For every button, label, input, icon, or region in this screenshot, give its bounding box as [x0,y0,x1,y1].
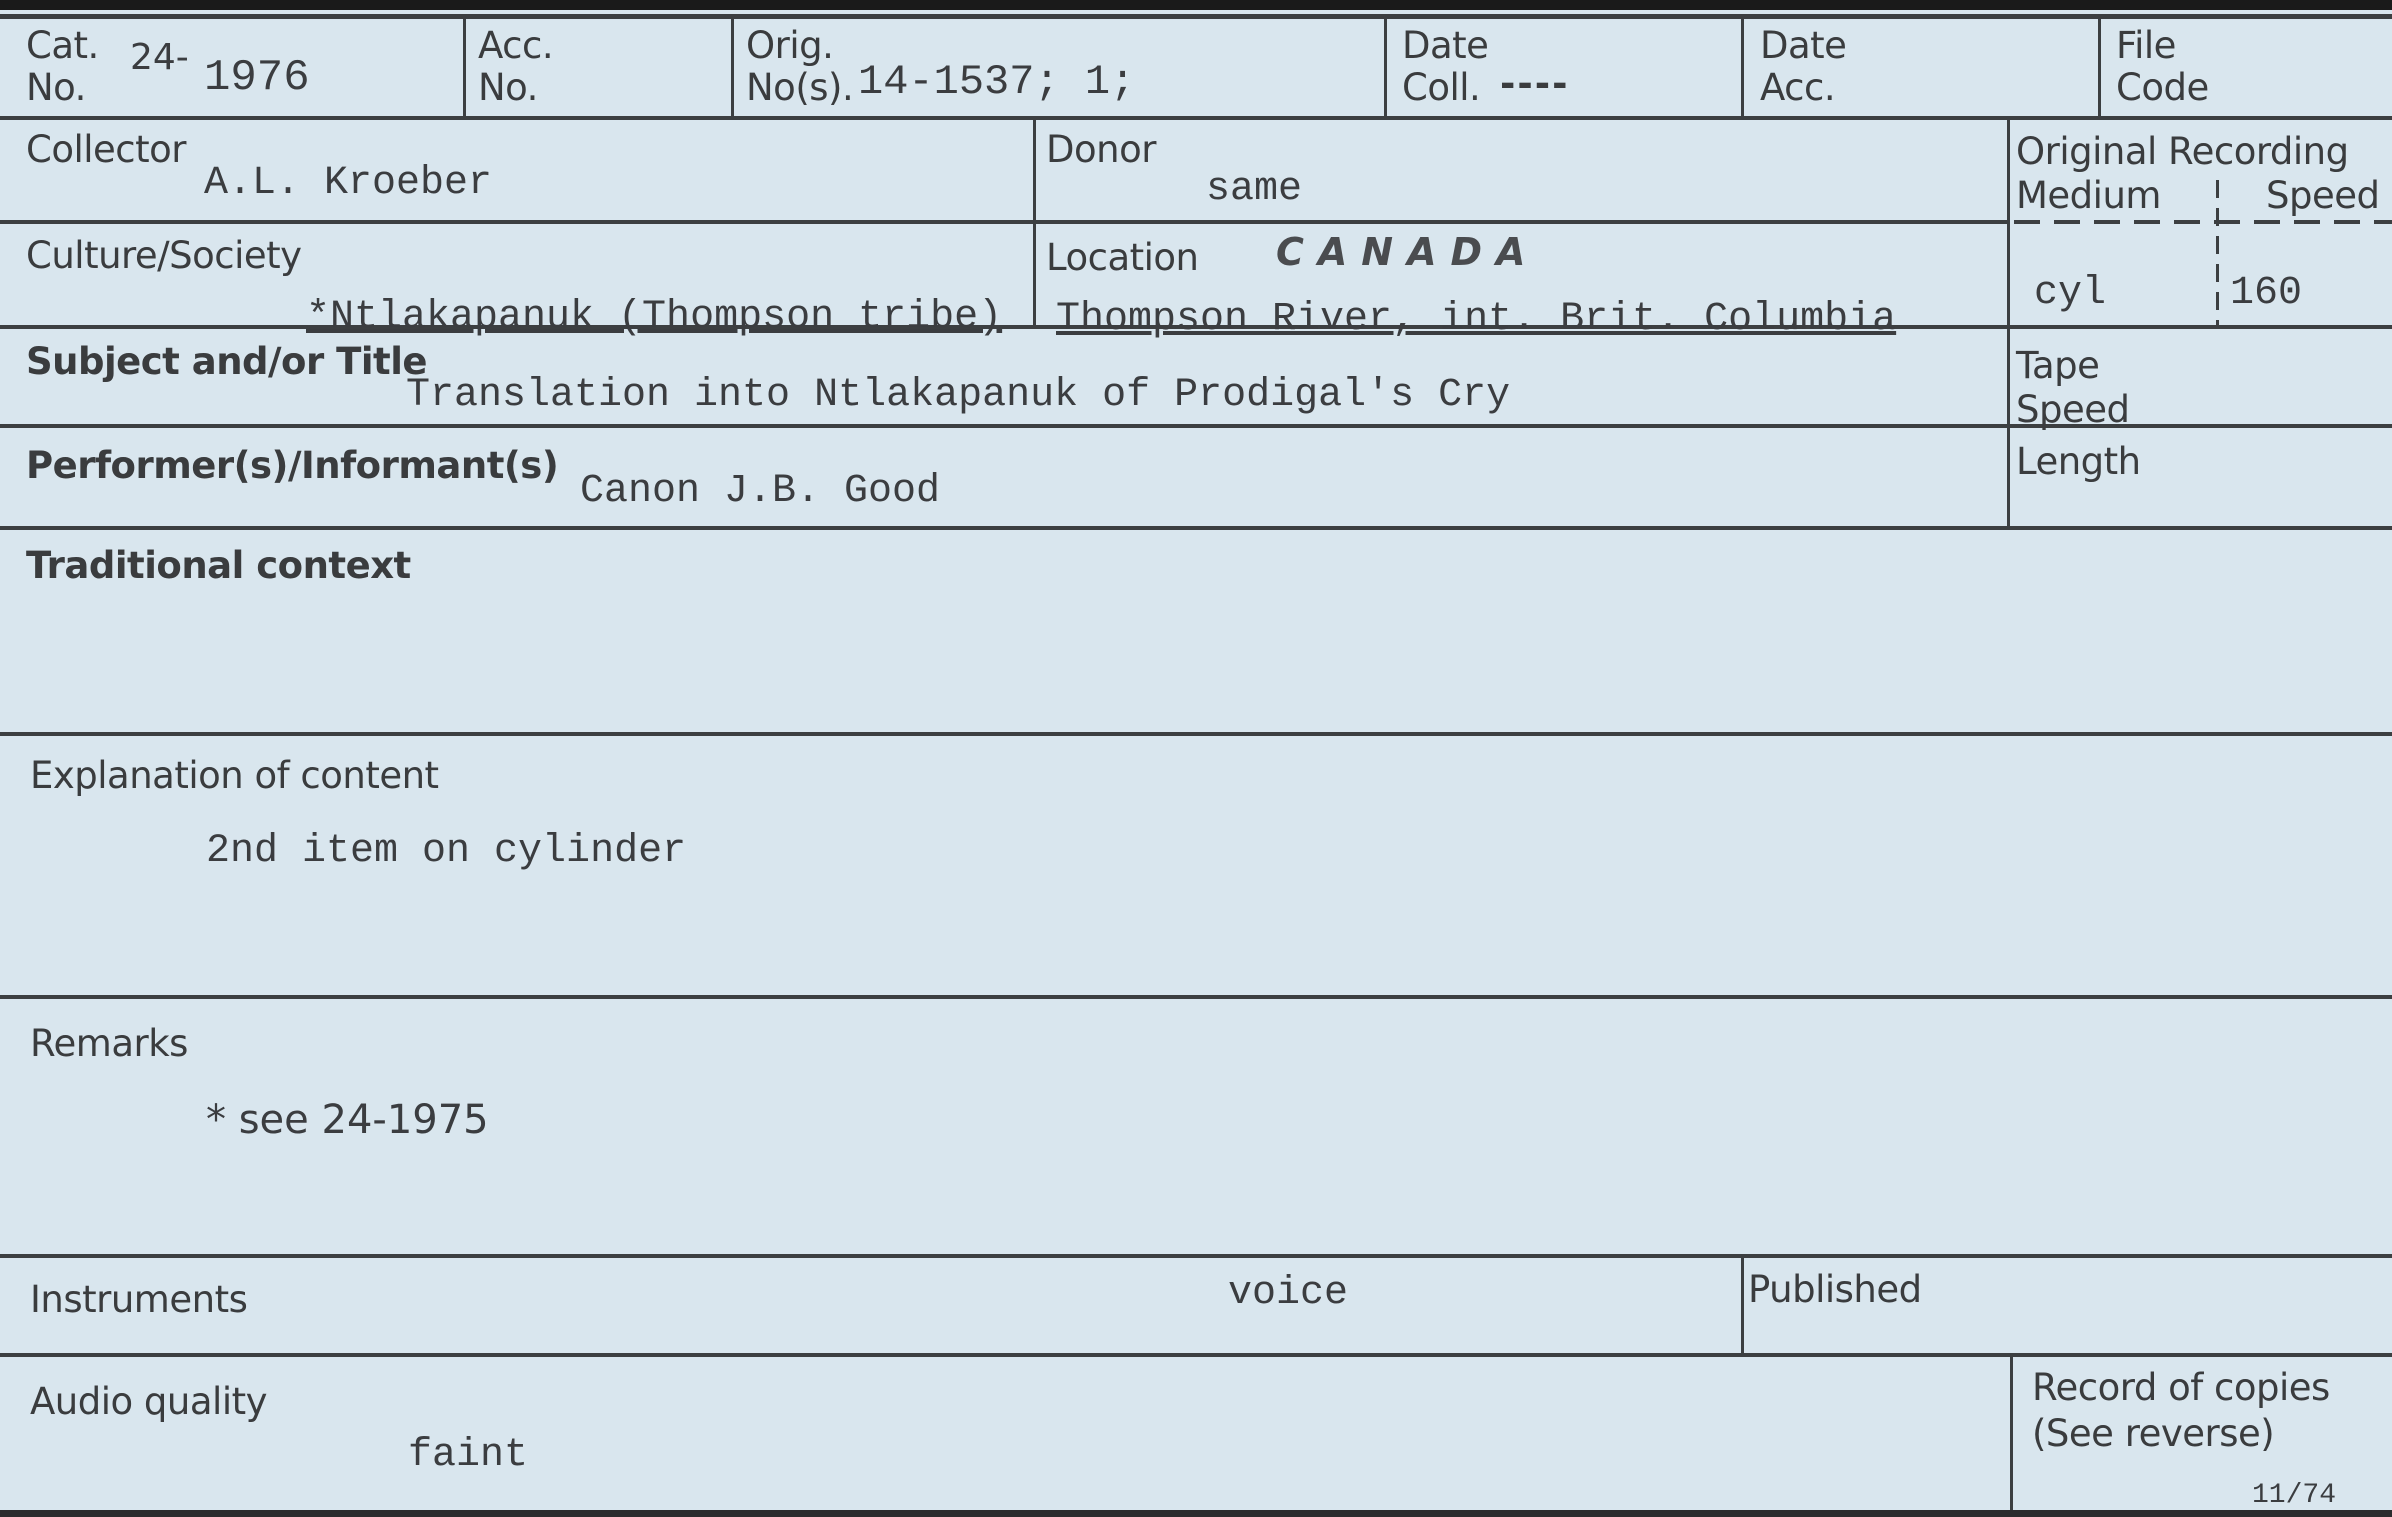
collector-label: Collector [26,128,186,172]
published-label: Published [1748,1268,1922,1312]
rule-traditional-bottom [0,732,2392,736]
date-coll-value: ---- [1500,62,1569,106]
orig-nos-value: 14-1537; 1; [858,60,1135,104]
location-value: Thompson River, int. Brit. Columbia [1056,298,1896,342]
original-recording-label: Original Recording [2016,130,2349,174]
catalog-card: Cat. No. 24- 1976 Acc. No. Orig. No(s). … [0,10,2392,1517]
acc-no-label-1: Acc. [478,24,553,68]
performer-label: Performer(s)/Informant(s) [26,444,558,488]
date-coll-label-1: Date [1402,24,1488,68]
date-acc-label-1: Date [1760,24,1846,68]
divider-collector-donor [1033,118,1036,328]
cat-no-prefix: 24- [130,36,189,80]
medium-value: cyl [2034,272,2106,316]
speed-label: Speed [2266,174,2380,218]
rule-card-bottom [0,1510,2392,1517]
record-of-copies-label-2: (See reverse) [2032,1412,2274,1456]
cat-no-value: 1976 [204,56,310,100]
explanation-label: Explanation of content [30,754,439,798]
collector-value: A.L. Kroeber [204,162,492,206]
orig-nos-label-1: Orig. [746,24,833,68]
cat-no-label-1: Cat. [26,24,99,68]
divider-instruments-published [1741,1256,1744,1356]
acc-no-label-2: No. [478,66,538,110]
donor-value: same [1206,168,1302,212]
divider-audio-copies [2010,1355,2013,1517]
rule-instruments-bottom [0,1353,2392,1357]
rule-header-bottom [0,116,2392,120]
subject-label: Subject and/or Title [26,340,427,384]
tape-speed-label-1: Tape [2016,344,2099,388]
divider-orig-datecoll [1384,18,1387,118]
divider-cat-acc [463,18,466,118]
record-of-copies-label-1: Record of copies [2032,1366,2330,1410]
donor-label: Donor [1046,128,1156,172]
rule-performer-bottom [0,526,2392,530]
date-coll-label-2: Coll. [1402,66,1480,110]
location-handwritten: CANADA [1276,230,1539,274]
length-label: Length [2016,440,2141,484]
medium-label: Medium [2016,174,2161,218]
date-acc-label-2: Acc. [1760,66,1835,110]
performer-value: Canon J.B. Good [580,470,940,514]
divider-dateacc-filecode [2098,18,2101,118]
divider-acc-orig [731,18,734,118]
file-code-label-2: Code [2116,66,2209,110]
record-of-copies-date: 11/74 [2252,1480,2336,1511]
rule-collector-bottom [0,220,2008,224]
divider-medium-speed [2216,180,2219,328]
file-code-label-1: File [2116,24,2176,68]
orig-nos-label-2: No(s). [746,66,853,110]
rule-recording-dashed [2014,220,2392,224]
traditional-context-label: Traditional context [26,544,411,588]
divider-right-column [2007,118,2010,528]
location-label: Location [1046,236,1199,280]
culture-value: *Ntlakapanuk (Thompson tribe) [306,296,1002,340]
remarks-value: * see 24-1975 [206,1098,489,1142]
instruments-value: voice [1228,1272,1348,1316]
culture-label: Culture/Society [26,234,302,278]
speed-value: 160 [2230,272,2302,316]
remarks-label: Remarks [30,1022,188,1066]
rule-explanation-bottom [0,995,2392,999]
rule-remarks-bottom [0,1254,2392,1258]
tape-speed-label-2: Speed [2016,388,2130,432]
rule-top [0,14,2392,19]
cat-no-label-2: No. [26,66,86,110]
explanation-value: 2nd item on cylinder [206,830,686,874]
audio-quality-label: Audio quality [30,1380,267,1424]
divider-datecoll-dateacc [1741,18,1744,118]
subject-value: Translation into Ntlakapanuk of Prodigal… [406,374,1510,418]
audio-quality-value: faint [408,1434,528,1478]
instruments-label: Instruments [30,1278,247,1322]
